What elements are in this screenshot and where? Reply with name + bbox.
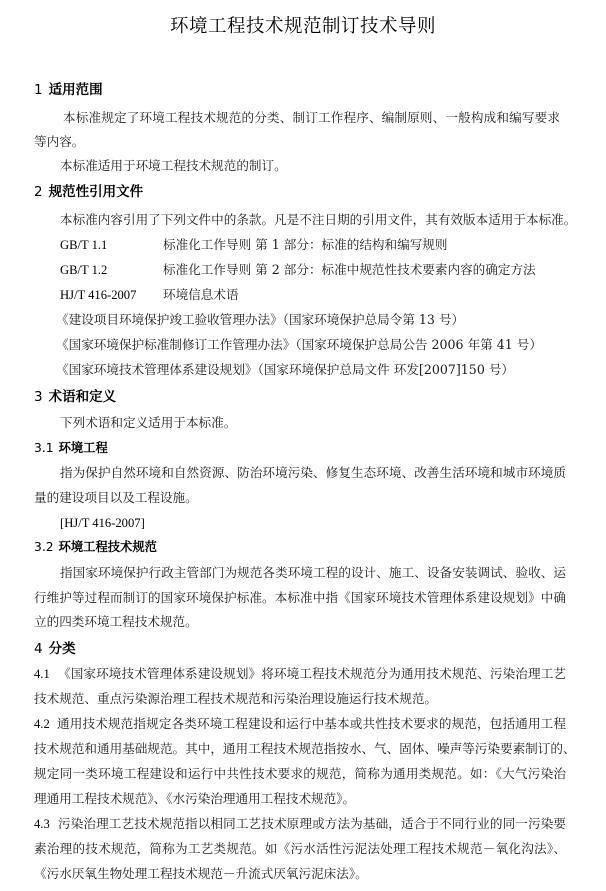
clause-line: 素治理的技术规范，简称为工艺类规范。如《污水活性污泥法处理工程技术规范－氧化沟法… bbox=[34, 841, 566, 857]
section-number: 2 bbox=[34, 184, 43, 200]
definition-line: 行维护等过程而制订的国家环境保护标准。本标准中指《国家环境技术管理体系建设规划》… bbox=[34, 590, 566, 606]
clause-line: 《国家环境技术管理体系建设规划》将环境工程技术规范分为通用技术规范、污染治理工艺 bbox=[58, 666, 566, 682]
term-number: 3.1 bbox=[34, 441, 54, 455]
clause-line: 理通用工程技术规范》、《水污染治理通用工程技术规范》。 bbox=[34, 791, 355, 807]
clause-line: 污染治理工艺技术规范指以相同工艺技术原理或方法为基础，适合于不同行业的同一污染要 bbox=[58, 816, 566, 832]
reference-title: 标准化工作导则 第 2 部分：标准中规范性技术要素内容的确定方法 bbox=[163, 262, 536, 278]
section-4-heading: 4分类 bbox=[34, 640, 76, 658]
clause-number: 4.3 bbox=[34, 816, 50, 832]
section-3-heading: 3术语和定义 bbox=[34, 388, 116, 406]
clause-line: 规定同一类环境工程建设和运行中共性技术要求的规范，简称为通用类规范。如：《大气污… bbox=[34, 766, 566, 782]
section-1-heading: 1适用范围 bbox=[34, 81, 103, 99]
reference-code: GB/T 1.1 bbox=[60, 237, 107, 253]
paragraph-line: 等内容。 bbox=[34, 134, 84, 150]
clause-number: 4.2 bbox=[34, 716, 50, 732]
term-3-2-heading: 3.2环境工程技术规范 bbox=[34, 539, 157, 555]
definition-line: 量的建设项目以及工程设施。 bbox=[34, 490, 198, 506]
clause-line: 技术规范、重点污染源治理工程技术规范和污染治理设施运行技术规范。 bbox=[34, 691, 437, 707]
section-title: 术语和定义 bbox=[49, 389, 117, 405]
paragraph-line: 本标准内容引用了下列文件中的条款。凡是不注日期的引用文件，其有效版本适用于本标准… bbox=[60, 212, 566, 228]
reference-document: 《建设项目环境保护竣工验收管理办法》（国家环境保护总局令第 13 号） bbox=[56, 312, 464, 328]
clause-number: 4.1 bbox=[34, 666, 50, 682]
section-number: 4 bbox=[34, 641, 43, 657]
paragraph-line: 本标准适用于环境工程技术规范的制订。 bbox=[60, 158, 287, 174]
term-number: 3.2 bbox=[34, 540, 54, 554]
section-title: 分类 bbox=[49, 641, 76, 657]
section-title: 适用范围 bbox=[49, 82, 103, 98]
document-page: 环境工程技术规范制订技术导则 1适用范围 本标准规定了环境工程技术规范的分类、制… bbox=[0, 0, 606, 891]
section-number: 3 bbox=[34, 389, 43, 405]
definition-line: 指国家环境保护行政主管部门为规范各类环境工程的设计、施工、设备安装调试、验收、运 bbox=[60, 565, 566, 581]
reference-document: 《国家环境技术管理体系建设规划》（国家环境保护总局文件 环发[2007]150 … bbox=[56, 362, 514, 378]
document-title: 环境工程技术规范制订技术导则 bbox=[0, 12, 606, 38]
term-title: 环境工程 bbox=[59, 441, 108, 455]
term-source: [HJ/T 416-2007] bbox=[60, 515, 145, 531]
term-title: 环境工程技术规范 bbox=[59, 540, 157, 554]
clause-line: 《污水厌氧生物处理工程技术规范－升流式厌氧污泥床法》。 bbox=[34, 866, 368, 882]
section-title: 规范性引用文件 bbox=[49, 184, 144, 200]
reference-title: 环境信息术语 bbox=[163, 287, 239, 303]
clause-line: 技术规范和通用基础规范。其中，通用工程技术规范指按水、气、固体、噪声等污染要素制… bbox=[34, 741, 566, 757]
section-2-heading: 2规范性引用文件 bbox=[34, 183, 143, 201]
paragraph-line: 本标准规定了环境工程技术规范的分类、制订工作程序、编制原则、一般构成和编写要求 bbox=[63, 110, 560, 126]
term-3-1-heading: 3.1环境工程 bbox=[34, 440, 108, 456]
reference-code: GB/T 1.2 bbox=[60, 262, 107, 278]
paragraph-line: 下列术语和定义适用于本标准。 bbox=[60, 415, 236, 431]
definition-line: 指为保护自然环境和自然资源、防治环境污染、修复生态环境、改善生活环境和城市环境质 bbox=[60, 465, 566, 481]
reference-code: HJ/T 416-2007 bbox=[60, 287, 136, 303]
clause-line: 通用技术规范指规定各类环境工程建设和运行中基本或共性技术要求的规范，包括通用工程 bbox=[57, 716, 566, 732]
reference-title: 标准化工作导则 第 1 部分：标准的结构和编写规则 bbox=[163, 237, 448, 253]
reference-document: 《国家环境保护标准制修订工作管理办法》（国家环境保护总局公告 2006 年第 4… bbox=[56, 337, 542, 353]
definition-line: 立的四类环境工程技术规范。 bbox=[34, 614, 198, 630]
section-number: 1 bbox=[34, 82, 43, 98]
